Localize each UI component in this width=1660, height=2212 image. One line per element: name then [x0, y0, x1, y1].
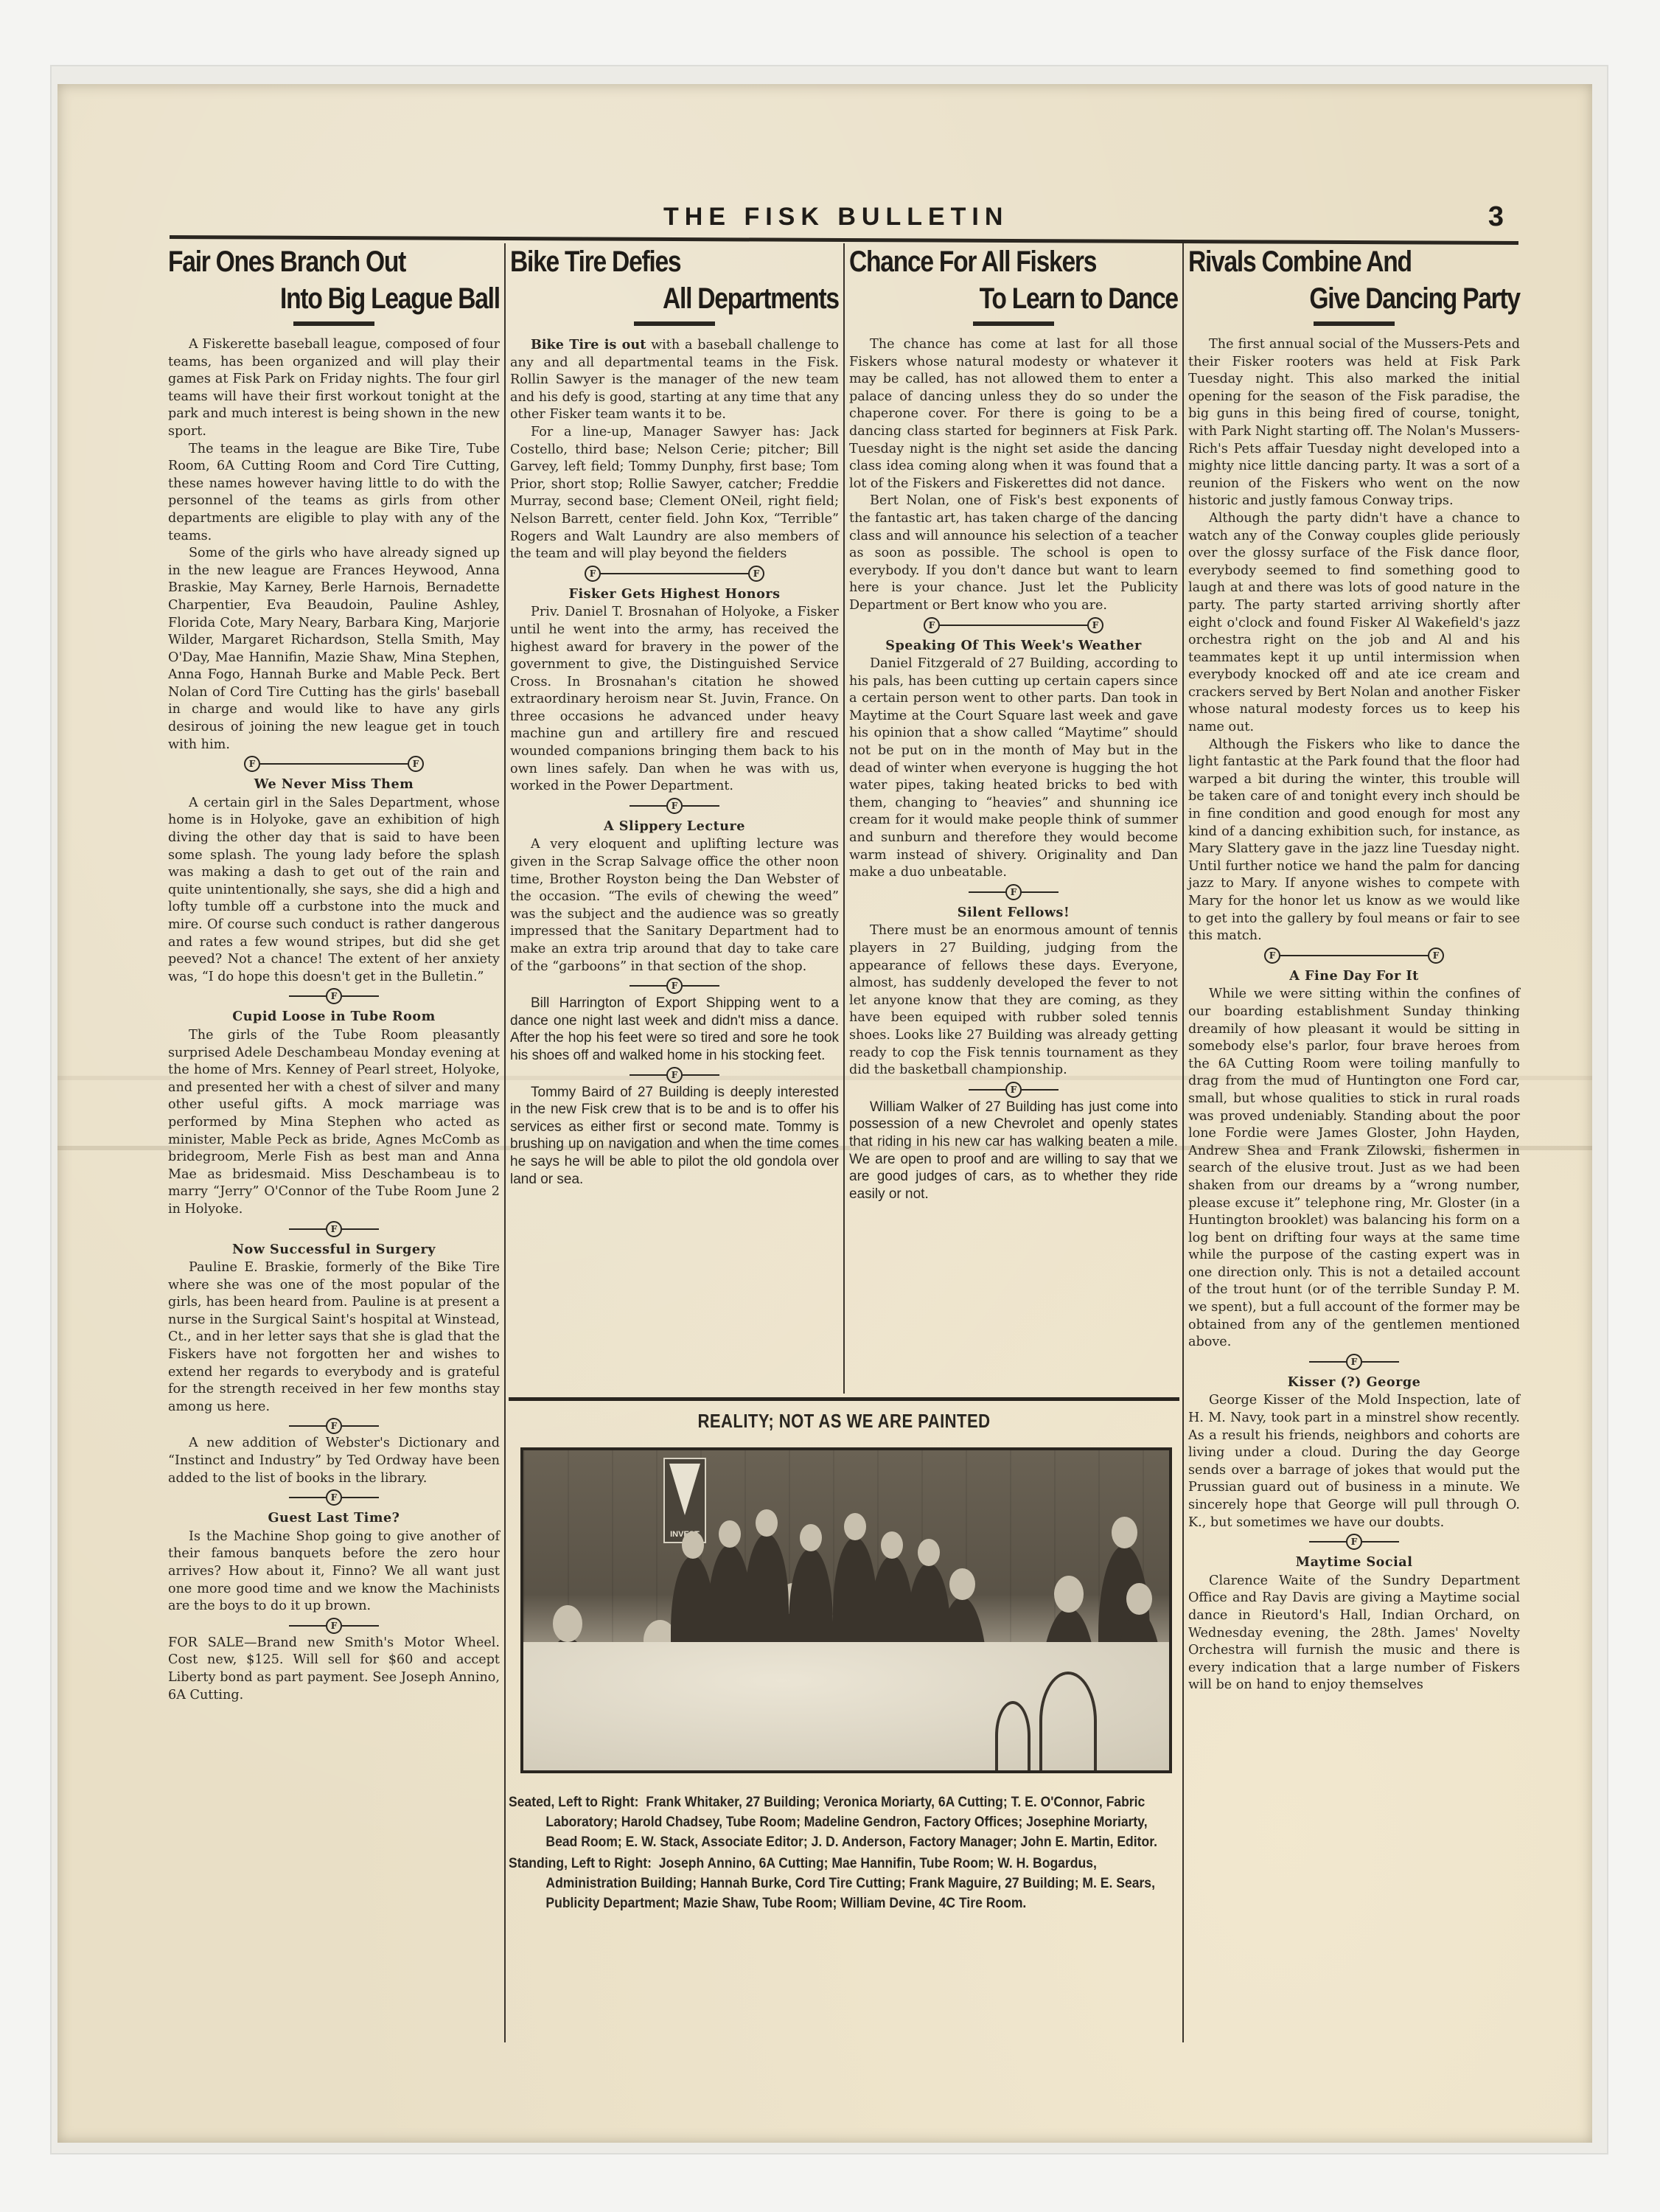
article-paragraph: A certain girl in the Sales Department, … [168, 795, 500, 987]
section-separator: F [510, 975, 839, 995]
article-paragraph: FOR SALE—Brand new Smith's Motor Wheel. … [168, 1635, 500, 1704]
fisk-f-icon: F [326, 1618, 342, 1634]
separator-line [289, 1228, 326, 1230]
headline-line: Chance For All Fiskers [849, 243, 1178, 280]
separator-line [289, 1625, 326, 1627]
article-paragraph: Although the party didn't have a chance … [1188, 510, 1520, 737]
fisk-f-icon: F [1005, 1082, 1022, 1098]
section-separator: F [1188, 1531, 1520, 1551]
section-separator: FF [849, 615, 1178, 634]
headline-rule [1314, 321, 1395, 326]
person-face [881, 1531, 903, 1559]
person-face [553, 1605, 582, 1642]
separator-line [289, 1425, 326, 1427]
section-separator: FF [1188, 945, 1520, 964]
fisk-f-icon: F [924, 617, 940, 633]
person-face [1054, 1576, 1084, 1613]
fisk-f-icon: F [244, 756, 260, 772]
separator-line [342, 995, 379, 997]
headline: Rivals Combine AndGive Dancing Party [1188, 243, 1520, 317]
chair-icon [995, 1701, 1030, 1770]
separator-line [1362, 1361, 1399, 1363]
fisk-f-icon: F [326, 988, 342, 1004]
fisk-f-icon: F [748, 566, 764, 582]
fisk-f-icon: F [585, 566, 601, 582]
separator-line [260, 763, 408, 765]
separator-line [683, 805, 719, 807]
subheading: Speaking Of This Week's Weather [849, 637, 1178, 655]
headline-line: Bike Tire Defies [510, 243, 839, 280]
chair-icon [1039, 1672, 1097, 1770]
headline-line: To Learn to Dance [849, 280, 1178, 317]
person-face [719, 1520, 741, 1548]
article-paragraph: The chance has come at last for all thos… [849, 336, 1178, 493]
subheading: Fisker Gets Highest Honors [510, 585, 839, 603]
fisk-f-icon: F [1428, 947, 1444, 964]
article-paragraph: George Kisser of the Mold Inspection, la… [1188, 1392, 1520, 1531]
section-rule [509, 1397, 1179, 1401]
separator-line [342, 1425, 379, 1427]
headline: Chance For All FiskersTo Learn to Dance [849, 243, 1178, 317]
column-divider [1182, 243, 1184, 2042]
article-paragraph: There must be an enormous amount of tenn… [849, 922, 1178, 1079]
article-paragraph: Bill Harrington of Export Shipping went … [510, 995, 839, 1064]
section-separator: F [510, 1065, 839, 1084]
headline-line: Rivals Combine And [1188, 243, 1520, 280]
publication-title: THE FISK BULLETIN [663, 203, 1008, 232]
section-separator: F [510, 796, 839, 815]
fisk-f-icon: F [1005, 884, 1022, 900]
person-face [682, 1531, 704, 1559]
column-divider [843, 243, 845, 1394]
article-paragraph: A new addition of Webster's Dictionary a… [168, 1435, 500, 1487]
article-paragraph: Although the Fiskers who like to dance t… [1188, 737, 1520, 945]
fisk-f-icon: F [326, 1221, 342, 1237]
headline: Bike Tire DefiesAll Departments [510, 243, 839, 317]
person-face [844, 1513, 866, 1540]
fisk-f-icon: F [666, 1067, 683, 1083]
article-paragraph: Daniel Fitzgerald of 27 Building, accord… [849, 655, 1178, 882]
group-photograph: INVEST [520, 1447, 1172, 1773]
fisk-f-icon: F [408, 756, 424, 772]
separator-line [342, 1497, 379, 1498]
headline-rule [973, 321, 1054, 326]
photo-feature: REALITY; NOT AS WE ARE PAINTED INVEST Se… [509, 1397, 1179, 1915]
fisk-f-icon: F [326, 1489, 342, 1506]
separator-line [342, 1228, 379, 1230]
caption-standing: Standing, Left to Right: Joseph Annino, … [509, 1854, 1179, 1913]
separator-line [630, 1074, 666, 1076]
article-paragraph: Is the Machine Shop going to give anothe… [168, 1528, 500, 1615]
separator-line [630, 985, 666, 987]
article-paragraph: A Fiskerette baseball league, composed o… [168, 336, 500, 441]
v-emblem-icon [669, 1464, 700, 1515]
subheading: Guest Last Time? [168, 1509, 500, 1527]
separator-line [1309, 1361, 1346, 1363]
page-number: 3 [1488, 201, 1504, 233]
separator-line [969, 1089, 1005, 1091]
separator-line [1362, 1541, 1399, 1543]
fisk-f-icon: F [1264, 947, 1280, 964]
separator-line [1022, 891, 1059, 893]
person-face [918, 1539, 940, 1566]
section-separator: F [849, 1079, 1178, 1099]
separator-line [289, 995, 326, 997]
section-separator: FF [168, 754, 500, 773]
article-paragraph: Tommy Baird of 27 Building is deeply int… [510, 1084, 839, 1189]
headline-line: Fair Ones Branch Out [168, 243, 500, 280]
headline-rule [634, 321, 715, 326]
fisk-f-icon: F [1087, 617, 1103, 633]
separator-line [940, 625, 1087, 626]
article-paragraph: William Walker of 27 Building has just c… [849, 1099, 1178, 1203]
column-2: Bike Tire DefiesAll DepartmentsBike Tire… [510, 243, 839, 1188]
article-paragraph: The first annual social of the Mussers-P… [1188, 336, 1520, 510]
separator-line [1280, 955, 1428, 956]
photo-caption: Seated, Left to Right: Frank Whitaker, 2… [509, 1792, 1179, 1913]
section-separator: FF [510, 563, 839, 582]
lead-in: Bike Tire is out [531, 337, 646, 352]
section-separator: F [1188, 1352, 1520, 1371]
separator-line [601, 573, 748, 574]
article-paragraph: Some of the girls who have already signe… [168, 545, 500, 754]
fisk-f-icon: F [666, 798, 683, 814]
subheading: A Slippery Lecture [510, 818, 839, 835]
section-separator: F [168, 1615, 500, 1635]
subheading: A Fine Day For It [1188, 967, 1520, 985]
subheading: Now Successful in Surgery [168, 1241, 500, 1259]
fisk-f-icon: F [1346, 1354, 1362, 1370]
separator-line [630, 805, 666, 807]
column-3: Chance For All FiskersTo Learn to DanceT… [849, 243, 1178, 1203]
fisk-f-icon: F [1346, 1534, 1362, 1550]
article-paragraph: While we were sitting within the confine… [1188, 986, 1520, 1351]
person-face [756, 1509, 778, 1537]
masthead: THE FISK BULLETIN 3 [162, 203, 1504, 232]
article-paragraph: The girls of the Tube Room pleasantly su… [168, 1027, 500, 1219]
article-paragraph: Pauline E. Braskie, formerly of the Bike… [168, 1259, 500, 1416]
article-paragraph: A very eloquent and uplifting lecture wa… [510, 836, 839, 975]
separator-line [683, 1074, 719, 1076]
fisk-f-icon: F [666, 978, 683, 994]
photo-feature-title: REALITY; NOT AS WE ARE PAINTED [559, 1410, 1129, 1433]
separator-line [1022, 1089, 1059, 1091]
person-face [1112, 1517, 1137, 1548]
article-paragraph: For a line-up, Manager Sawyer has: Jack … [510, 424, 839, 563]
section-separator: F [168, 986, 500, 1005]
caption-seated: Seated, Left to Right: Frank Whitaker, 2… [509, 1792, 1179, 1852]
subheading: Silent Fellows! [849, 904, 1178, 922]
headline-rule [293, 321, 374, 326]
section-separator: F [168, 1487, 500, 1506]
separator-line [1309, 1541, 1346, 1543]
headline-line: Into Big League Ball [168, 280, 500, 317]
subheading: Cupid Loose in Tube Room [168, 1008, 500, 1026]
headline-line: All Departments [510, 280, 839, 317]
headline-line: Give Dancing Party [1188, 280, 1520, 317]
article-paragraph: Bike Tire is out with a baseball challen… [510, 336, 839, 424]
column-1: Fair Ones Branch OutInto Big League Ball… [168, 243, 500, 1704]
section-separator: F [849, 882, 1178, 901]
person-face [800, 1524, 822, 1551]
subheading: Maytime Social [1188, 1554, 1520, 1571]
section-separator: F [168, 1219, 500, 1238]
separator-line [289, 1497, 326, 1498]
invest-poster: INVEST [663, 1458, 706, 1543]
headline: Fair Ones Branch OutInto Big League Ball [168, 243, 500, 317]
separator-line [342, 1625, 379, 1627]
article-paragraph: Clarence Waite of the Sundry Department … [1188, 1573, 1520, 1694]
section-separator: F [168, 1416, 500, 1435]
separator-line [969, 891, 1005, 893]
article-paragraph: The teams in the league are Bike Tire, T… [168, 441, 500, 546]
person-face [949, 1568, 975, 1600]
column-4: Rivals Combine AndGive Dancing PartyThe … [1188, 243, 1520, 1694]
subheading: We Never Miss Them [168, 776, 500, 793]
subheading: Kisser (?) George [1188, 1374, 1520, 1391]
fisk-f-icon: F [326, 1418, 342, 1434]
person-face [1126, 1583, 1152, 1615]
separator-line [683, 985, 719, 987]
article-paragraph: Priv. Daniel T. Brosnahan of Holyoke, a … [510, 604, 839, 796]
article-paragraph: Bert Nolan, one of Fisk's best exponents… [849, 493, 1178, 614]
column-divider [504, 243, 506, 2042]
